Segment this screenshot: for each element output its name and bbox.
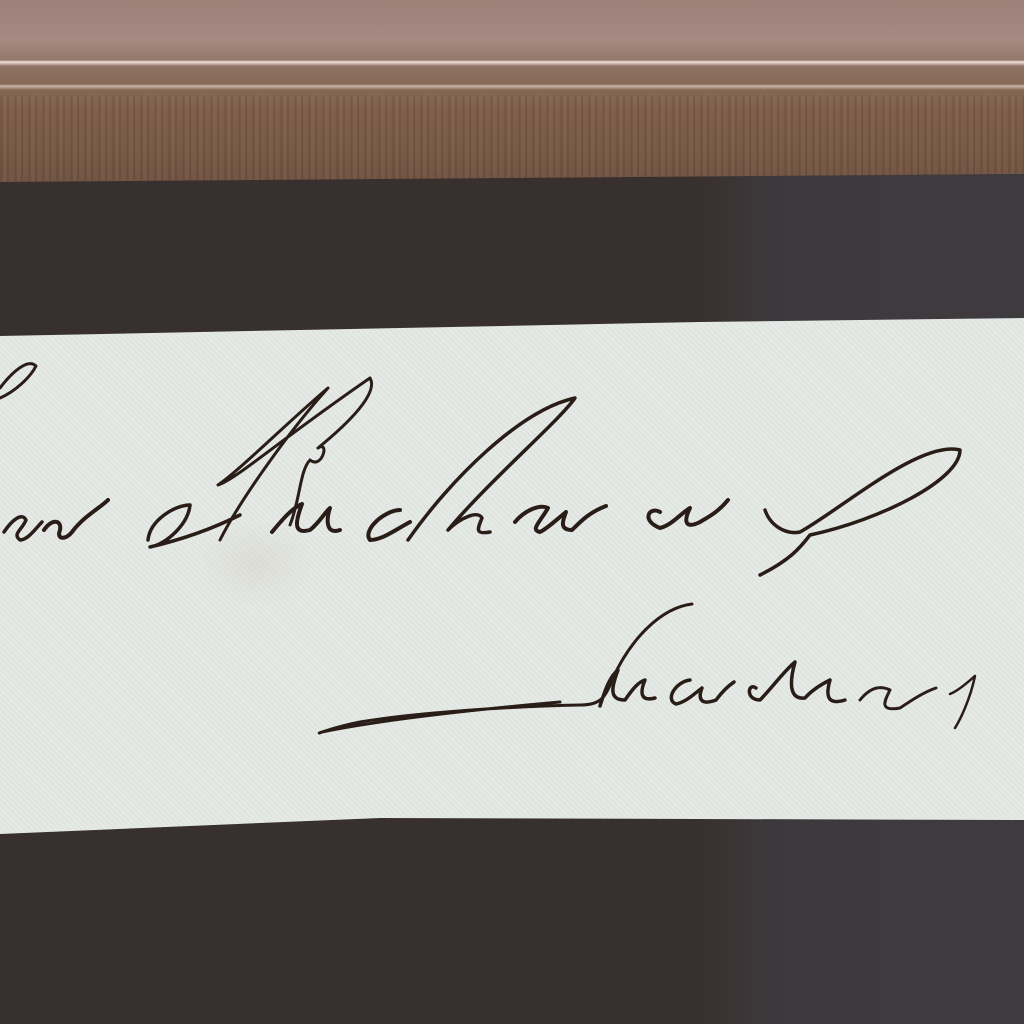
- signature-ink: [0, 0, 1024, 1024]
